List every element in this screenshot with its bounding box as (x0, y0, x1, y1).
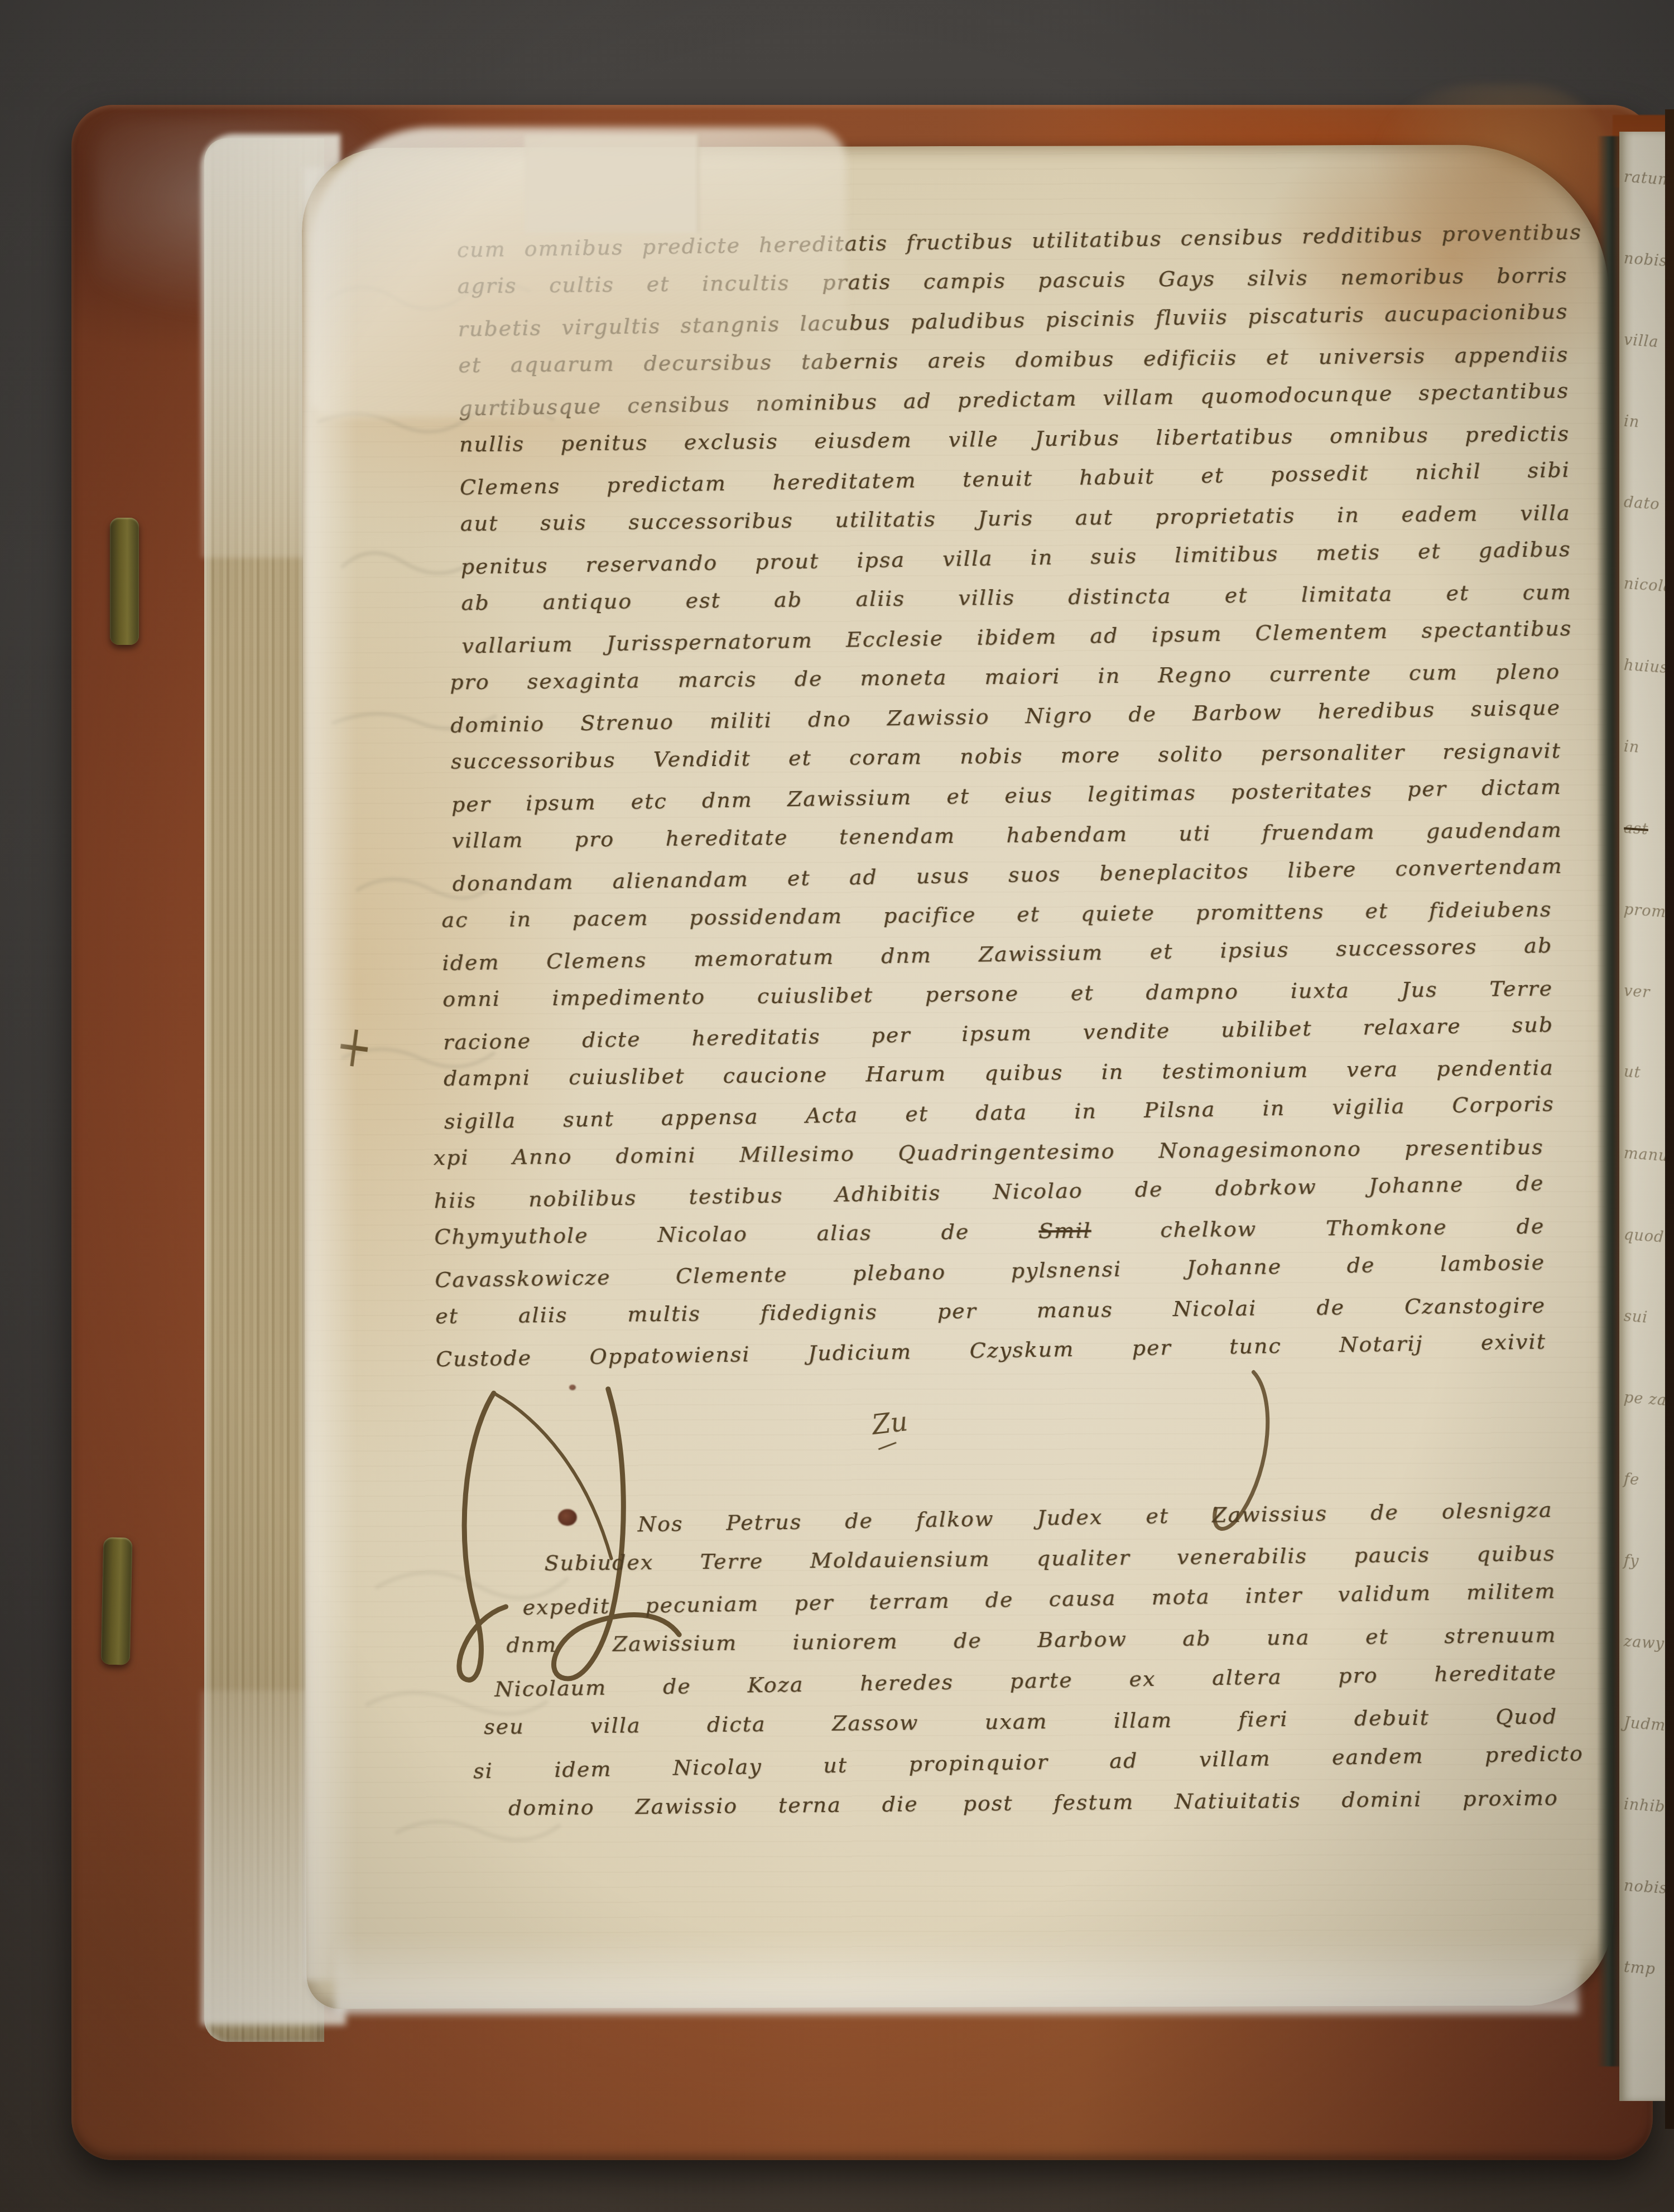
manuscript-photo-scene: cum omnibus predicte hereditatis fructib… (0, 0, 1674, 2212)
facing-page-word-fragment: ast (1623, 820, 1667, 841)
ink-blot (558, 1509, 577, 1526)
repair-tissue-left-edge (304, 167, 357, 1980)
section-mark-zu: Zu (870, 1406, 910, 1441)
repair-tissue-bottom-edge (335, 1936, 1579, 2014)
charter-paragraph-2: Nos Petrus de falkow Judex et Zawissius … (470, 1491, 1585, 1830)
facing-page-word-fragment: in (1623, 412, 1667, 434)
facing-page-word-fragment: tmp (1623, 1959, 1667, 1980)
facing-page-word-fragment: zawy (1623, 1633, 1667, 1655)
facing-page-text-fragments: ratumnobisvillaindatonicolaihuiusinastpr… (1624, 171, 1667, 1978)
facing-page-word-fragment: villa (1623, 331, 1667, 353)
brass-clasp-upper (110, 518, 139, 645)
facing-page-word-fragment: sui (1623, 1308, 1667, 1329)
brass-clasp-lower (101, 1537, 133, 1665)
facing-page-word-fragment: Judm (1623, 1714, 1667, 1736)
right-board-edge (1665, 109, 1674, 2129)
facing-page-word-fragment: nobis (1623, 250, 1667, 272)
repair-tissue-patch (525, 135, 699, 233)
facing-page-word-fragment: pe za (1623, 1389, 1667, 1411)
ink-blot-small (569, 1385, 576, 1390)
facing-page-sliver: ratumnobisvillaindatonicolaihuiusinastpr… (1619, 132, 1667, 2101)
facing-page-word-fragment: huius (1623, 657, 1667, 678)
facing-page-word-fragment: fe (1623, 1471, 1667, 1492)
facing-page-word-fragment: in (1623, 738, 1667, 760)
facing-page-word-fragment: promo (1623, 901, 1667, 923)
handwritten-text-layer: cum omnibus predicte hereditatis fructib… (293, 138, 1623, 2015)
facing-page-word-fragment: ver (1623, 982, 1667, 1004)
facing-page-word-fragment: quod (1623, 1226, 1667, 1248)
manuscript-page: cum omnibus predicte hereditatis fructib… (302, 144, 1614, 2009)
facing-page-word-fragment: inhiben (1623, 1796, 1667, 1818)
facing-page-word-fragment: manu (1623, 1145, 1667, 1167)
facing-page-word-fragment: nicolai (1623, 575, 1667, 597)
facing-page-word-fragment: ut (1623, 1063, 1667, 1085)
facing-page-word-fragment: ratum (1623, 168, 1667, 190)
facing-page-word-fragment: dato (1623, 494, 1667, 515)
facing-page-word-fragment: fy (1623, 1551, 1667, 1573)
facing-page-word-fragment: nobis (1623, 1877, 1667, 1899)
